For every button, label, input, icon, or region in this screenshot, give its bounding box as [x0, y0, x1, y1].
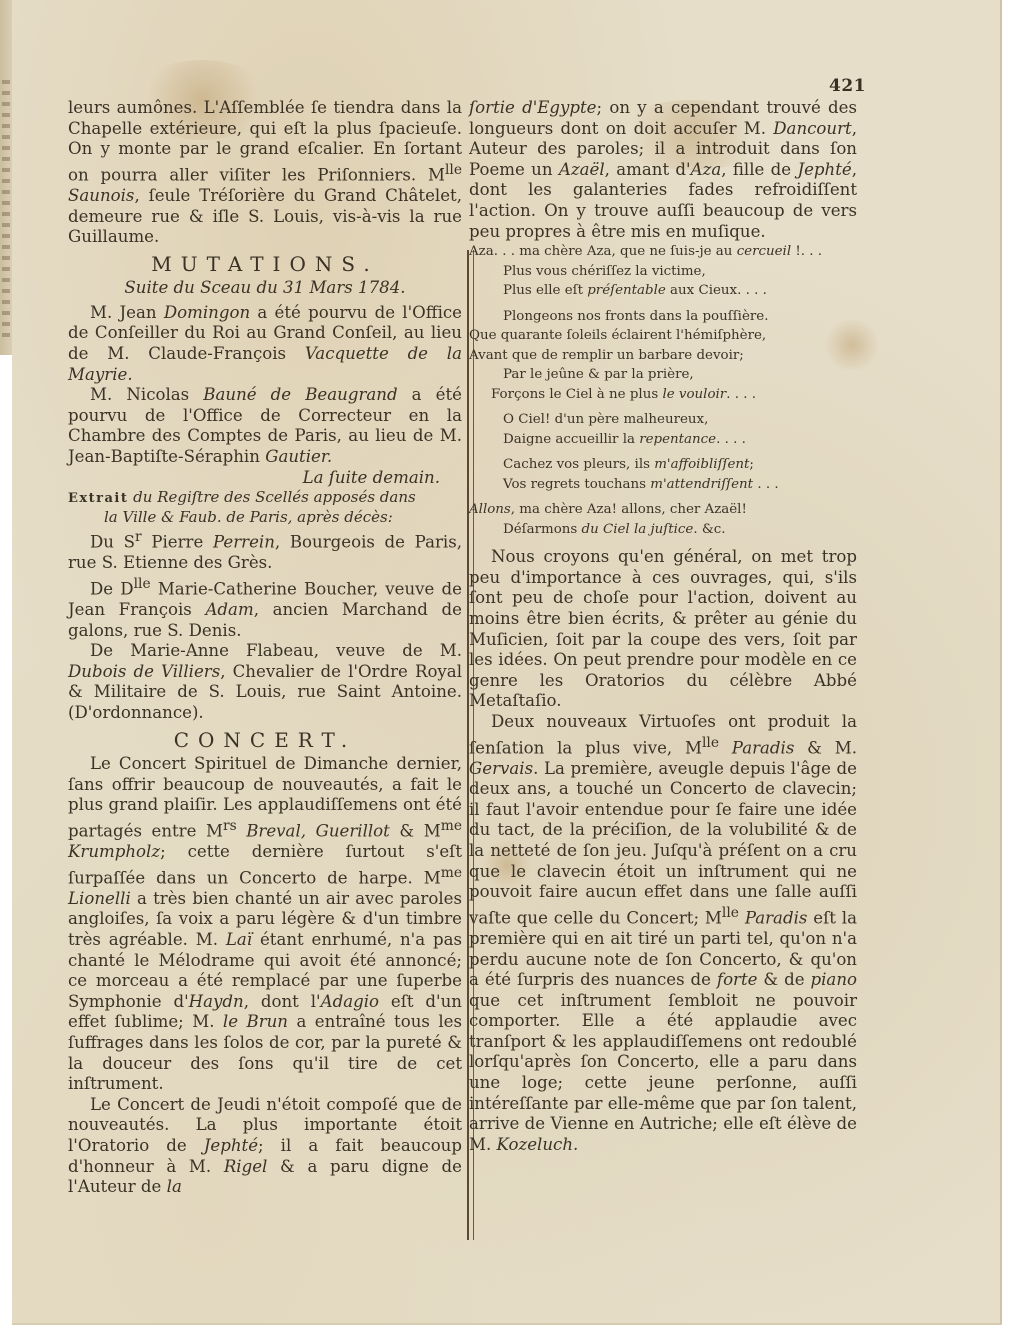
verse-line: Daigne accueillir la repentance. . . .: [469, 430, 857, 450]
verse-line: Aza. . . ma chère Aza, que ne ſuis-je au…: [469, 242, 857, 262]
verse-line: O Ciel! d'un père malheureux,: [469, 410, 857, 430]
virtuoses-paragraph: Deux nouveaux Virtuoſes ont produit la ſ…: [469, 712, 857, 1156]
extrait-heading: Extrait du Regiſtre des Scellés apposés …: [68, 488, 462, 508]
verse-line: Allons, ma chère Aza! allons, cher Azaël…: [469, 500, 857, 520]
verse-line: Plongeons nos fronts dans la pouſſière.: [469, 307, 857, 327]
previous-page-text-ghost: [2, 80, 10, 340]
verse-line: Forçons le Ciel à ne plus le vouloir. . …: [469, 385, 857, 405]
newspaper-page: 421 leurs aumônes. L'Aſſemblée ſe tiendr…: [12, 0, 1002, 1325]
extrait-heading-line-2: la Ville & Faub. de Paris, après décès:: [68, 508, 462, 527]
concert-heading: Concert.: [68, 730, 462, 751]
verse-quotation: Aza. . . ma chère Aza, que ne ſuis-je au…: [469, 242, 857, 539]
right-column: ſortie d'Egypte; on y a cependant trouvé…: [469, 98, 857, 1155]
mutation-entry: M. Nicolas Bauné de Beaugrand a été pour…: [68, 385, 462, 467]
verse-line: Par le jeûne & par la prière,: [469, 365, 857, 385]
deces-entry: De Marie-Anne Flabeau, veuve de M. Duboi…: [68, 641, 462, 723]
intro-paragraph: leurs aumônes. L'Aſſemblée ſe tiendra da…: [68, 98, 462, 248]
verse-line: Vos regrets touchans m'attendriſſent . .…: [469, 475, 857, 495]
verse-line: Que quarante ſoleils éclairent l'hémiſph…: [469, 326, 857, 346]
sign-off: La ſuite demain.: [68, 468, 462, 489]
deces-entry: Du Sr Pierre Perrein, Bourgeois de Paris…: [68, 527, 462, 574]
page-number: 421: [829, 76, 866, 96]
verse-line: Plus vous chériſſez la victime,: [469, 262, 857, 282]
left-column: leurs aumônes. L'Aſſemblée ſe tiendra da…: [68, 98, 462, 1198]
mutations-heading: Mutations.: [68, 254, 462, 275]
concert-paragraph-2: Le Concert de Jeudi n'étoit compoſé que …: [68, 1095, 462, 1198]
mutations-subheading: Suite du Sceau du 31 Mars 1784.: [68, 278, 462, 299]
oratorio-continuation: ſortie d'Egypte; on y a cependant trouvé…: [469, 98, 857, 242]
mutation-entry: M. Jean Domingon a été pourvu de l'Offic…: [68, 303, 462, 385]
verse-line: Avant que de remplir un barbare devoir;: [469, 346, 857, 366]
concert-paragraph-1: Le Concert Spirituel de Dimanche dernier…: [68, 754, 462, 1095]
verse-line: Plus elle eſt préſentable aux Cieux. . .…: [469, 281, 857, 301]
verse-line: Cachez vos pleurs, ils m'affoibliſſent;: [469, 455, 857, 475]
deces-entry: De Dlle Marie-Catherine Boucher, veuve d…: [68, 574, 462, 641]
verse-line: Déſarmons du Ciel la juſtice. &c.: [469, 520, 857, 540]
commentary-paragraph: Nous croyons qu'en général, on met trop …: [469, 547, 857, 712]
